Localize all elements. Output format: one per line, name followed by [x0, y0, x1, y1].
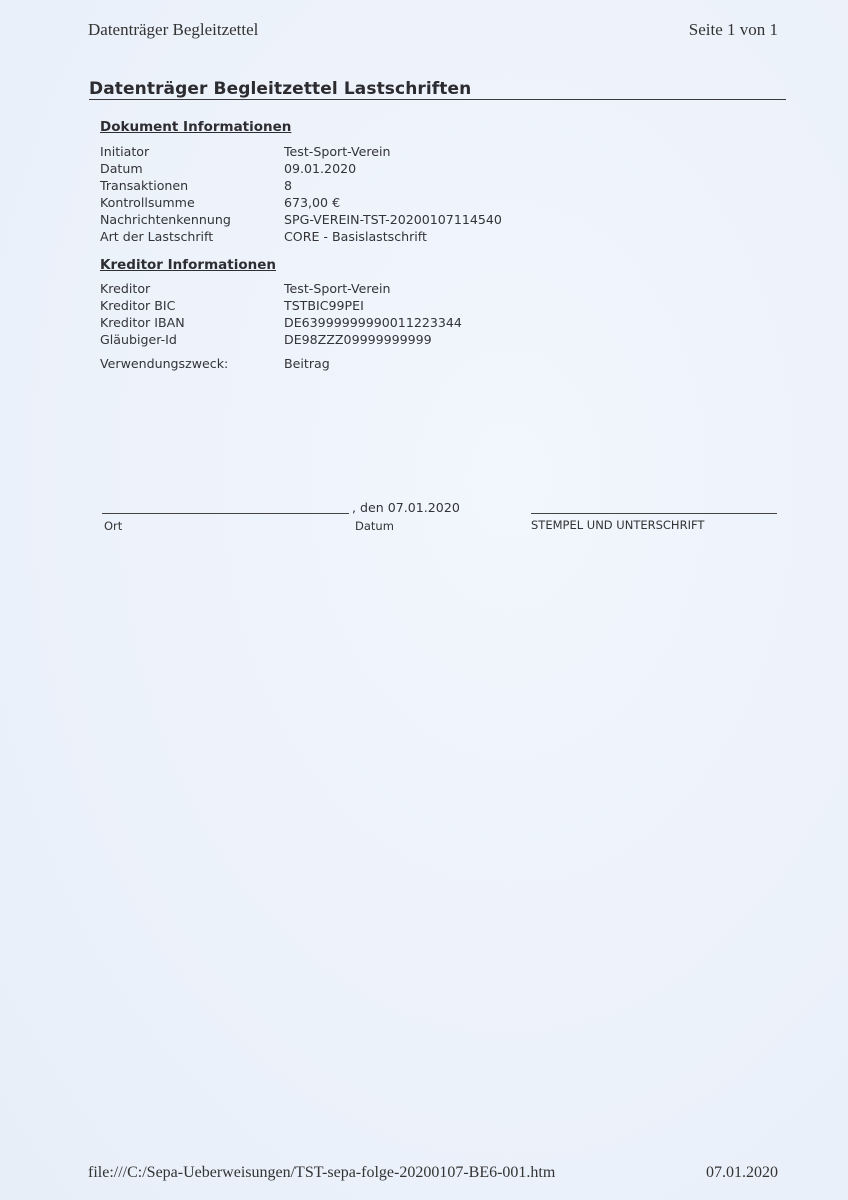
info-row-initiator: Initiator Test-Sport-Verein — [100, 143, 502, 160]
value: DE98ZZZ09999999999 — [284, 331, 432, 348]
page-number: Seite 1 von 1 — [689, 20, 778, 40]
info-row-nachrichtenkennung: Nachrichtenkennung SPG-VEREIN-TST-202001… — [100, 211, 502, 228]
label: Nachrichtenkennung — [100, 211, 284, 228]
value: Test-Sport-Verein — [284, 280, 390, 297]
info-row-art-der-lastschrift: Art der Lastschrift CORE - Basislastschr… — [100, 228, 502, 245]
info-row-transaktionen: Transaktionen 8 — [100, 177, 502, 194]
page-footer-url: file:///C:/Sepa-Ueberweisungen/TST-sepa-… — [88, 1164, 555, 1182]
document-title: Datenträger Begleitzettel Lastschriften — [89, 79, 471, 99]
title-divider — [89, 99, 786, 100]
label: Gläubiger-Id — [100, 331, 284, 348]
section-heading-kreditor: Kreditor Informationen — [100, 257, 276, 273]
label: Kontrollsumme — [100, 194, 284, 211]
info-row-kreditor-iban: Kreditor IBAN DE63999999990011223344 — [100, 314, 462, 331]
page-footer-date: 07.01.2020 — [706, 1164, 778, 1182]
ort-label: Ort — [104, 519, 122, 533]
stamp-signature-line — [531, 513, 777, 514]
datum-label: Datum — [355, 519, 394, 533]
value: DE63999999990011223344 — [284, 314, 462, 331]
value: TSTBIC99PEI — [284, 297, 364, 314]
info-row-verwendungszweck: Verwendungszweck: Beitrag — [100, 355, 462, 372]
info-row-datum: Datum 09.01.2020 — [100, 160, 502, 177]
label: Kreditor BIC — [100, 297, 284, 314]
info-row-kreditor-bic: Kreditor BIC TSTBIC99PEI — [100, 297, 462, 314]
value: CORE - Basislastschrift — [284, 228, 427, 245]
kreditor-info-table: Kreditor Test-Sport-Verein Kreditor BIC … — [100, 280, 462, 372]
value: 8 — [284, 177, 292, 194]
label: Initiator — [100, 143, 284, 160]
ort-signature-line — [102, 513, 349, 514]
label: Verwendungszweck: — [100, 355, 284, 372]
value: SPG-VEREIN-TST-20200107114540 — [284, 211, 502, 228]
info-row-kreditor: Kreditor Test-Sport-Verein — [100, 280, 462, 297]
dokument-info-table: Initiator Test-Sport-Verein Datum 09.01.… — [100, 143, 502, 245]
stamp-label: STEMPEL UND UNTERSCHRIFT — [531, 518, 704, 532]
label: Transaktionen — [100, 177, 284, 194]
page-header-title: Datenträger Begleitzettel — [88, 20, 258, 40]
label: Art der Lastschrift — [100, 228, 284, 245]
value: 673,00 € — [284, 194, 340, 211]
info-row-glaeubiger-id: Gläubiger-Id DE98ZZZ09999999999 — [100, 331, 462, 348]
section-heading-dokument: Dokument Informationen — [100, 119, 291, 135]
label: Kreditor — [100, 280, 284, 297]
info-row-kontrollsumme: Kontrollsumme 673,00 € — [100, 194, 502, 211]
label: Datum — [100, 160, 284, 177]
value: Test-Sport-Verein — [284, 143, 390, 160]
value: 09.01.2020 — [284, 160, 356, 177]
label: Kreditor IBAN — [100, 314, 284, 331]
signature-date: , den 07.01.2020 — [352, 499, 460, 516]
value: Beitrag — [284, 355, 330, 372]
